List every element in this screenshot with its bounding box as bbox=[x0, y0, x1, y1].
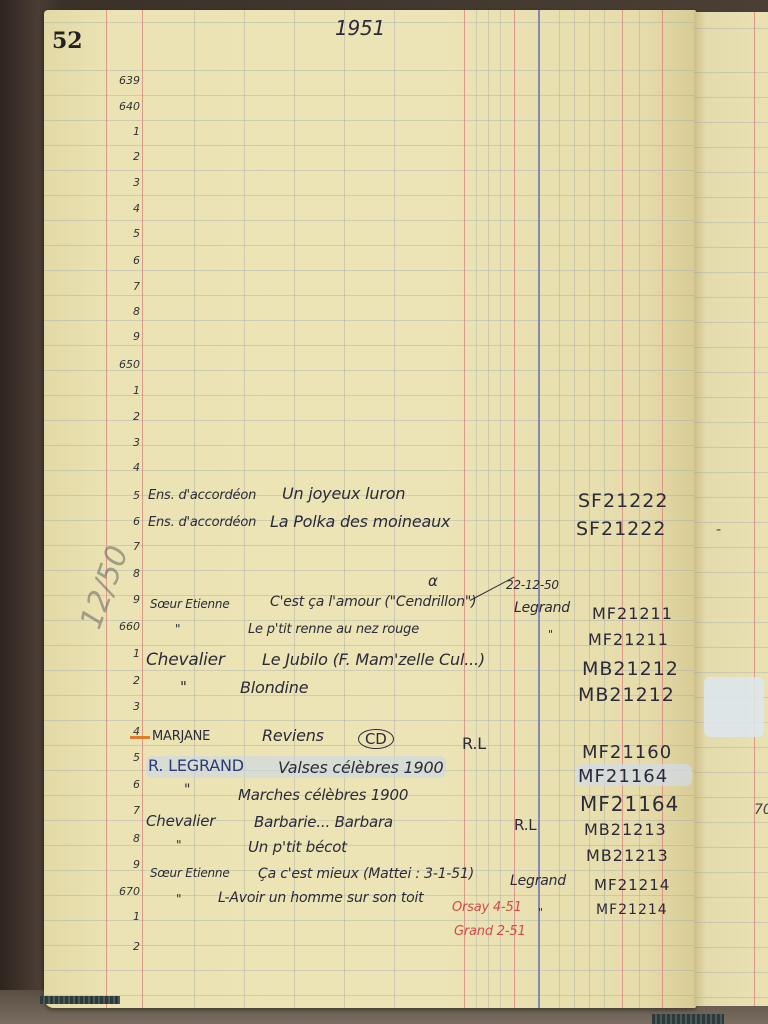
entry-artist: Ens. d'accordéon bbox=[148, 488, 256, 503]
row-number: 2 bbox=[100, 674, 140, 687]
entry-title: L-Avoir un homme sur son toit bbox=[218, 890, 423, 906]
entry-title: Un p'tit bécot bbox=[248, 838, 347, 856]
row-number: 8 bbox=[100, 567, 140, 580]
entry-title: Le p'tit renne au nez rouge bbox=[248, 622, 419, 637]
entry-catalog: SF21222 bbox=[578, 490, 668, 512]
entry-title: Un joyeux luron bbox=[282, 484, 405, 503]
page-number: 52 bbox=[52, 28, 83, 54]
row-number: 8 bbox=[100, 832, 140, 845]
row-number: 3 bbox=[100, 700, 140, 713]
row-number: 2 bbox=[100, 940, 140, 953]
row-number: 670 bbox=[100, 885, 140, 898]
grid-line bbox=[574, 10, 575, 1008]
entry-artist: Chevalier bbox=[146, 650, 225, 670]
ledger-page-right: 70 - bbox=[694, 12, 768, 1006]
entry-artist: Chevalier bbox=[146, 812, 215, 830]
binding-thread bbox=[40, 996, 120, 1004]
entry-catalog: MF21214 bbox=[594, 876, 670, 894]
row-number: 7 bbox=[100, 280, 140, 293]
row-number: 639 bbox=[100, 74, 140, 87]
entry-artist: MARJANE bbox=[152, 729, 210, 744]
grid-line bbox=[394, 10, 395, 1008]
entry-title: Marches célèbres 1900 bbox=[238, 786, 408, 804]
ruled-lines bbox=[694, 12, 768, 1006]
row-number: 5 bbox=[100, 227, 140, 240]
row-number: 640 bbox=[100, 100, 140, 113]
entry-date: 22-12-50 bbox=[506, 578, 559, 592]
entry-title: Reviens bbox=[262, 726, 324, 745]
red-note: Grand 2-51 bbox=[454, 924, 526, 939]
entry-artist: " bbox=[176, 838, 181, 852]
entry-title: Valses célèbres 1900 bbox=[278, 758, 443, 777]
row-number: 1 bbox=[100, 647, 140, 660]
entry-catalog: MF21160 bbox=[582, 742, 672, 763]
grid-line bbox=[244, 10, 245, 1008]
grid-line bbox=[344, 10, 345, 1008]
red-note: Orsay 4-51 bbox=[452, 900, 522, 915]
row-number: 650 bbox=[100, 358, 140, 371]
entry-title: La Polka des moineaux bbox=[270, 512, 450, 531]
entry-catalog: MF21164 bbox=[580, 792, 679, 816]
row-number: 6 bbox=[100, 778, 140, 791]
row-number: 5 bbox=[100, 489, 140, 502]
entry-note: Legrand bbox=[510, 873, 566, 889]
entry-artist: " bbox=[180, 678, 187, 696]
grid-line bbox=[500, 10, 501, 1008]
grid-line bbox=[294, 10, 295, 1008]
entry-title: Barbarie... Barbara bbox=[254, 813, 393, 831]
entry-catalog: MB21213 bbox=[586, 846, 669, 865]
entry-artist: Sœur Etienne bbox=[150, 597, 230, 611]
entry-catalog: MB21212 bbox=[578, 684, 675, 706]
row-number: 1 bbox=[100, 910, 140, 923]
alpha-mark: α bbox=[428, 572, 438, 590]
entry-catalog: MF21211 bbox=[592, 604, 673, 623]
entry-title: Blondine bbox=[240, 678, 308, 697]
entry-note: R.L bbox=[514, 816, 536, 834]
binding-thread bbox=[652, 1014, 724, 1024]
row-number: 3 bbox=[100, 176, 140, 189]
entry-catalog: MB21212 bbox=[582, 658, 679, 680]
entry-catalog: MB21213 bbox=[584, 820, 667, 839]
column-line bbox=[464, 10, 465, 1008]
row-number: 6 bbox=[100, 515, 140, 528]
row-number: 4 bbox=[100, 202, 140, 215]
entry-artist: Sœur Etienne bbox=[150, 866, 230, 880]
grid-line bbox=[194, 10, 195, 1008]
row-number: 3 bbox=[100, 436, 140, 449]
orange-mark bbox=[130, 736, 150, 739]
entry-title: C'est ça l'amour ("Cendrillon") bbox=[270, 594, 476, 610]
row-number: 9 bbox=[100, 858, 140, 871]
entry-artist: " bbox=[184, 782, 190, 798]
entry-catalog: MF21211 bbox=[588, 630, 669, 649]
row-number: 9 bbox=[100, 593, 140, 606]
row-number: 7 bbox=[100, 540, 140, 553]
grid-line bbox=[559, 10, 560, 1008]
row-number: 6 bbox=[100, 254, 140, 267]
entry-title: Ça c'est mieux (Mattei : 3-1-51) bbox=[258, 866, 474, 882]
row-number: 2 bbox=[100, 150, 140, 163]
year-heading: 1951 bbox=[335, 16, 385, 40]
right-page-dash: - bbox=[716, 522, 721, 538]
row-number: 8 bbox=[100, 305, 140, 318]
row-number: 1 bbox=[100, 384, 140, 397]
cd-badge: CD bbox=[358, 729, 394, 749]
entry-catalog: MF21214 bbox=[596, 902, 668, 918]
entry-note: R.L bbox=[462, 734, 486, 753]
column-line bbox=[754, 12, 755, 1006]
row-number: 660 bbox=[100, 620, 140, 633]
row-number: 5 bbox=[100, 751, 140, 764]
row-number: 7 bbox=[100, 804, 140, 817]
margin-line bbox=[142, 10, 143, 1008]
entry-artist: " bbox=[176, 892, 181, 906]
row-number: 4 bbox=[100, 461, 140, 474]
entry-artist: R. LEGRAND bbox=[148, 756, 244, 775]
entry-note: Legrand bbox=[514, 600, 570, 616]
row-number: 1 bbox=[100, 125, 140, 138]
grid-line bbox=[476, 10, 477, 1008]
entry-note: " bbox=[538, 906, 543, 919]
entry-catalog: MF21164 bbox=[578, 766, 668, 787]
entry-artist: Ens. d'accordéon bbox=[148, 515, 256, 530]
entry-title: Le Jubilo (F. Mam'zelle Cul...) bbox=[262, 650, 485, 669]
right-page-note: 70 bbox=[754, 802, 768, 818]
row-number: 9 bbox=[100, 330, 140, 343]
row-number: 2 bbox=[100, 410, 140, 423]
grid-line bbox=[488, 10, 489, 1008]
blue-scribble bbox=[704, 677, 764, 737]
entry-note: " bbox=[548, 628, 553, 641]
column-divider bbox=[538, 10, 540, 1008]
entry-catalog: SF21222 bbox=[576, 518, 666, 540]
entry-artist: " bbox=[175, 622, 180, 636]
column-line bbox=[514, 10, 515, 1008]
